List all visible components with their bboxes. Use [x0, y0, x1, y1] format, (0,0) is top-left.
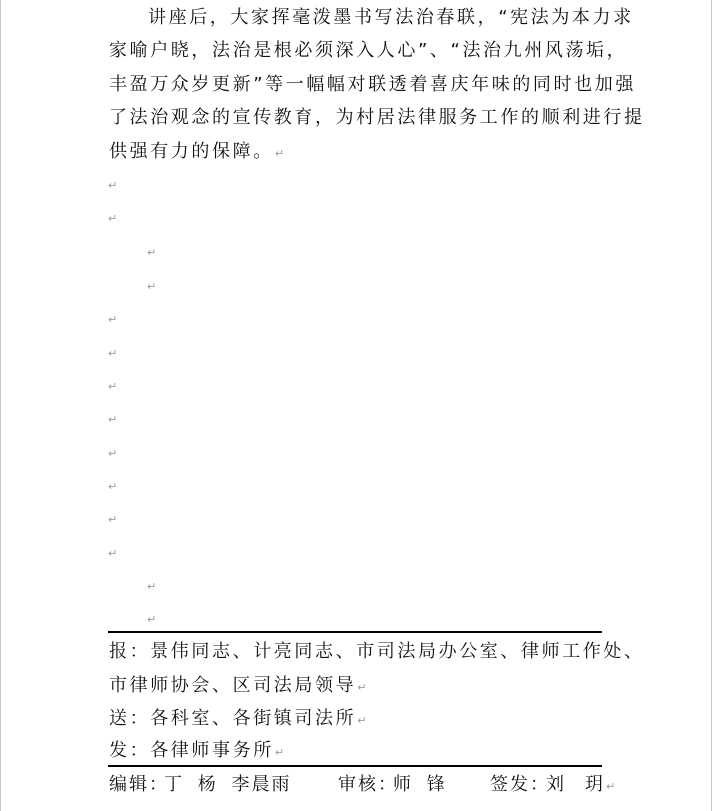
paragraph-mark-icon: ↵	[108, 514, 117, 526]
paragraph-mark-icon: ↵	[147, 614, 156, 626]
reviewer-label: 审核：	[338, 774, 398, 796]
paragraph-mark-icon: ↵	[147, 247, 156, 259]
editor-names: 丁 杨 李晨雨	[164, 774, 291, 796]
body-line-5-text: 供强有力的保障。	[109, 141, 274, 162]
paragraph-mark-icon: ↵	[108, 180, 117, 192]
report-line-1: 报：景伟同志、计亮同志、市司法局办公室、律师工作处、	[109, 641, 645, 663]
top-divider-rule	[108, 631, 602, 633]
send-line-text: 送：各科室、各街镇司法所	[109, 708, 356, 729]
paragraph-mark-icon: ↵	[108, 548, 117, 560]
paragraph-mark-icon: ↵	[108, 314, 117, 326]
report-line-2-text: 市律师协会、区司法局领导	[109, 675, 356, 696]
issue-line-text: 发：各律师事务所	[109, 740, 274, 761]
page-border-left	[0, 0, 1, 811]
body-line-1: 讲座后，大家挥毫泼墨书写法治春联，“宪法为本力求	[148, 7, 634, 29]
reviewer-name: 师 锋	[393, 774, 447, 796]
paragraph-mark-icon: ↵	[108, 448, 117, 460]
signer-name-2-wrap: 玥↵	[585, 774, 615, 798]
paragraph-mark-icon: ↵	[108, 213, 117, 225]
paragraph-mark-icon: ↵	[606, 780, 615, 793]
send-line: 送：各科室、各街镇司法所↵	[109, 708, 366, 732]
paragraph-mark-icon: ↵	[275, 147, 284, 160]
signer-name-2: 玥	[585, 774, 605, 795]
signer-name-1: 刘	[546, 774, 566, 796]
paragraph-mark-icon: ↵	[275, 746, 284, 759]
paragraph-mark-icon: ↵	[108, 348, 117, 360]
paragraph-mark-icon: ↵	[147, 581, 156, 593]
paragraph-mark-icon: ↵	[108, 481, 117, 493]
report-line-2: 市律师协会、区司法局领导↵	[109, 675, 366, 699]
body-line-4: 了法治观念的宣传教育，为村居法律服务工作的顺利进行提	[109, 107, 645, 129]
body-line-5: 供强有力的保障。↵	[109, 141, 284, 165]
body-line-2: 家喻户晓，法治是根必须深入人心”、“法治九州风荡垢，	[109, 40, 627, 62]
paragraph-mark-icon: ↵	[108, 414, 117, 426]
paragraph-mark-icon: ↵	[108, 381, 117, 393]
paragraph-mark-icon: ↵	[357, 681, 366, 694]
signer-label: 签发：	[490, 774, 550, 796]
issue-line: 发：各律师事务所↵	[109, 740, 284, 764]
bottom-divider-rule	[108, 765, 602, 767]
paragraph-mark-icon: ↵	[357, 714, 366, 727]
paragraph-mark-icon: ↵	[147, 281, 156, 293]
body-line-3: 丰盈万众岁更新”等一幅幅对联透着喜庆年味的同时也加强	[109, 74, 636, 96]
editor-label: 编辑：	[109, 774, 169, 796]
